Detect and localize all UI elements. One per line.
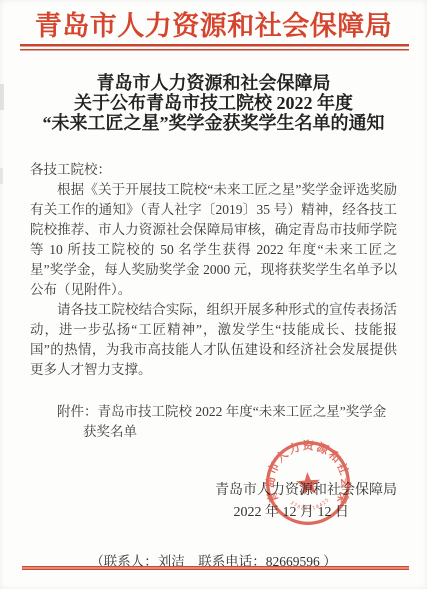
- paragraph-2: 请各技工院校结合实际，组织开展多种形式的宣传表扬活动，进一步弘扬“工匠精神”，激…: [30, 300, 397, 380]
- signature-date: 2022 年 12 月 12 日: [30, 502, 397, 524]
- document-page: 青岛市人力资源和社会保障局 青岛市人力资源和社会保障局 关于公布青岛市技工院校 …: [0, 0, 427, 589]
- document-body: 各技工院校： 根据《关于开展技工院校“未来工匠之星”奖学金评选奖励有关工作的通知…: [30, 160, 397, 442]
- scan-artifact: [0, 84, 4, 110]
- signature-org: 青岛市人力资源和社会保障局: [30, 480, 397, 502]
- document-title: 青岛市人力资源和社会保障局 关于公布青岛市技工院校 2022 年度 “未来工匠之…: [0, 73, 427, 133]
- letterhead-title: 青岛市人力资源和社会保障局: [0, 9, 427, 43]
- document-title-line-3: “未来工匠之星”奖学金获奖学生名单的通知: [0, 113, 427, 133]
- attachment-note: 附件：青岛市技工院校 2022 年度“未来工匠之星”奖学金获奖名单: [30, 402, 397, 442]
- scan-artifact: [0, 168, 3, 184]
- paragraph-1: 根据《关于开展技工院校“未来工匠之星”奖学金评选奖励有关工作的通知》（青人社字〔…: [30, 180, 397, 300]
- letterhead-divider: [20, 44, 409, 51]
- bottom-divider: [22, 566, 409, 572]
- salutation: 各技工院校：: [30, 160, 397, 180]
- document-title-line-2: 关于公布青岛市技工院校 2022 年度: [0, 93, 427, 113]
- document-title-line-1: 青岛市人力资源和社会保障局: [0, 73, 427, 93]
- signature-block: 青岛市人力资源和社会保障局 2022 年 12 月 12 日: [30, 480, 397, 524]
